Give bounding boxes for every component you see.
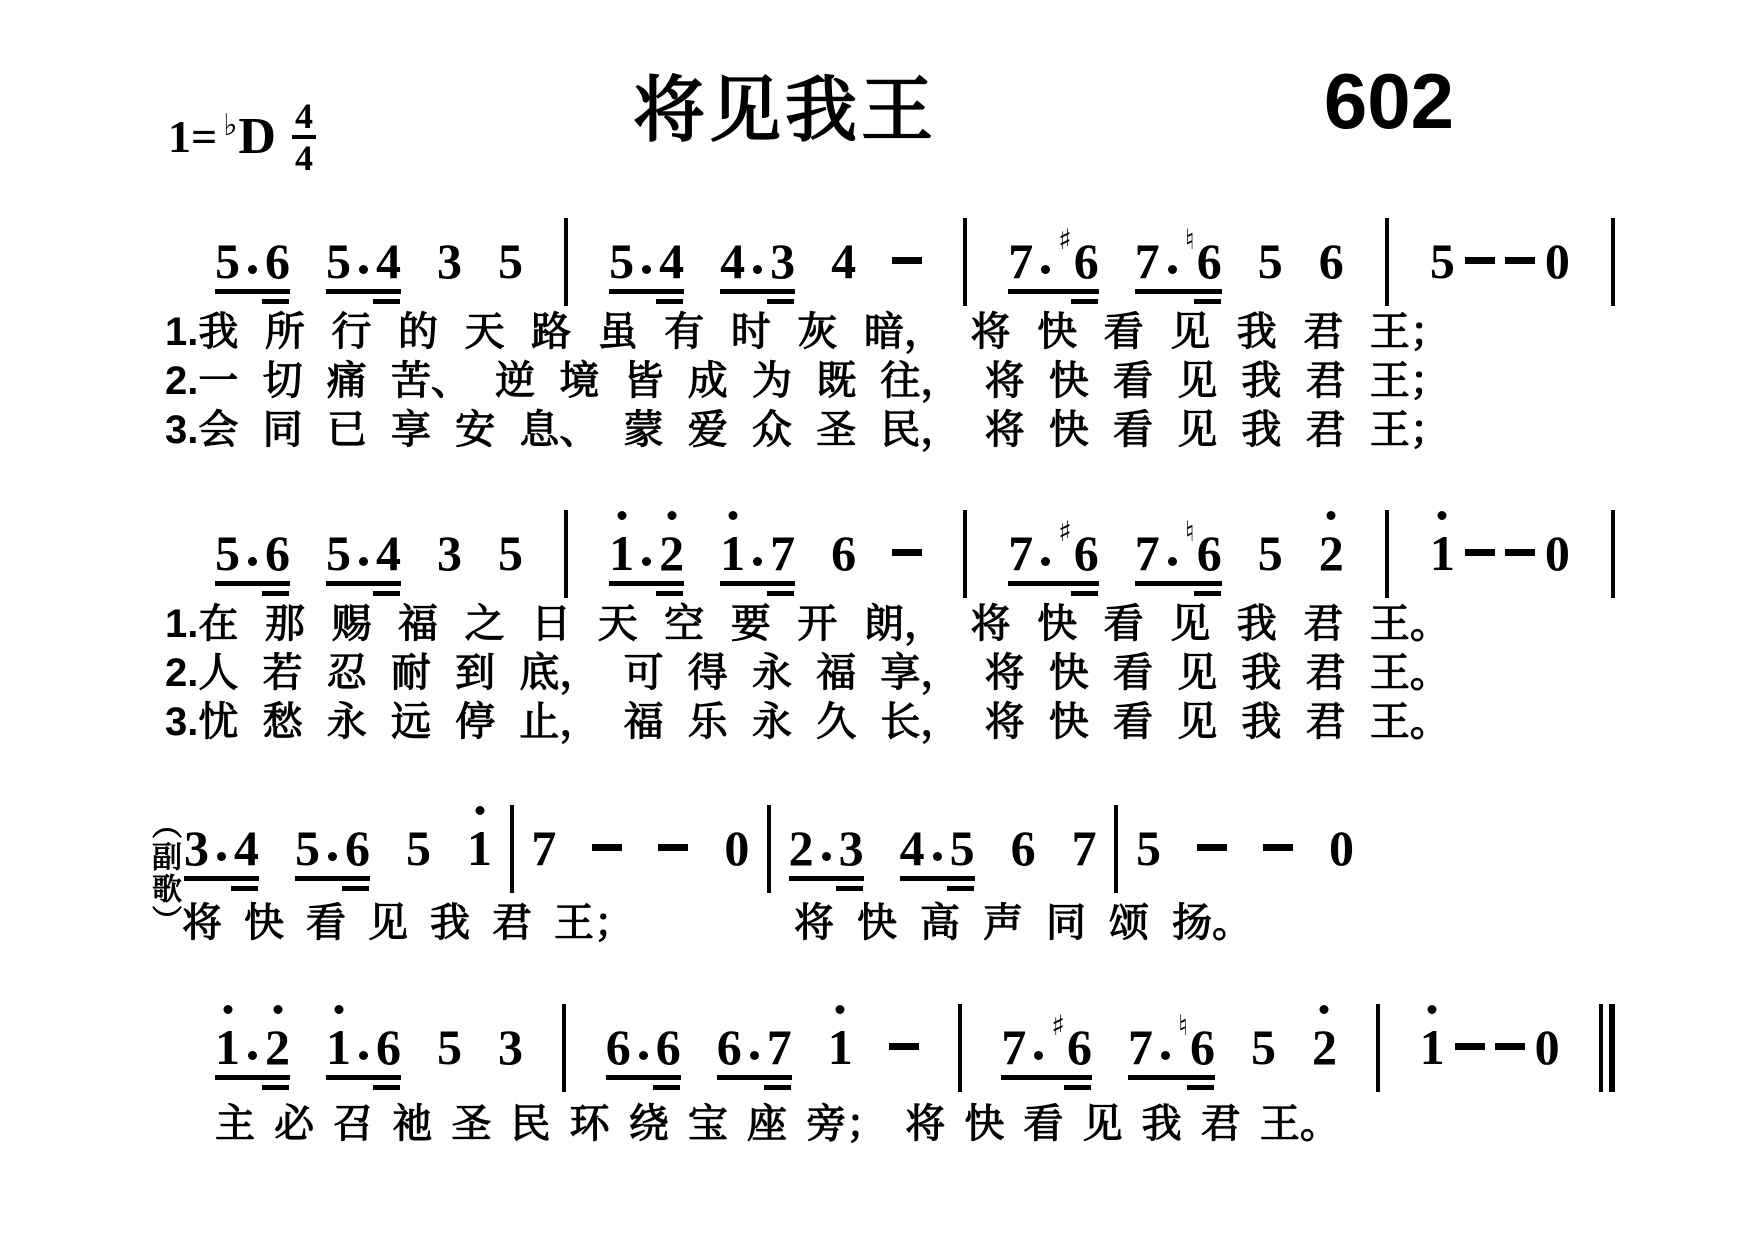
barline [1611, 510, 1615, 598]
lyric-syllable: 王； [1370, 310, 1450, 355]
note-digit: 5 [609, 236, 634, 286]
lyric-syllable: 见 [1170, 602, 1210, 647]
duration-dash [1465, 549, 1495, 556]
note-digit: 5 [215, 528, 240, 578]
note-digit: 5 [1136, 823, 1161, 873]
note-token: 7♯6 [1008, 518, 1099, 598]
lyric-syllable: 召 [333, 1102, 373, 1147]
note-number-high-octave: 1 [720, 528, 745, 578]
lyric-syllable: 天 [465, 310, 505, 355]
lyric-syllable: 看 [1113, 651, 1153, 696]
note-digit: 1 [215, 1022, 240, 1072]
note-digit: 1 [828, 1022, 853, 1072]
barline [564, 510, 568, 598]
note-digit: 6 [345, 823, 370, 873]
note-digit: 5 [326, 236, 351, 286]
chorus-lyrics-phrase-1: 将快看见我君王； [182, 901, 634, 946]
note-digit: 7 [1135, 236, 1160, 286]
eighth-beam [326, 289, 401, 294]
lyric-syllable: 君 [1306, 359, 1346, 404]
lyric-syllable: 所 [265, 310, 305, 355]
note-digit: 1 [1430, 528, 1455, 578]
hymn-sheet-page: { "page": {"background": "#ffffff", "ink… [0, 0, 1754, 1240]
lyric-syllable: 苦、 [391, 359, 471, 404]
sixteenth-beam [767, 591, 794, 596]
music-line: 565435121767♯67♮65210 [215, 486, 1615, 598]
note-token: 5 [1430, 236, 1455, 306]
note-number: 4 [376, 528, 401, 578]
note-digit: 7 [531, 823, 556, 873]
sixteenth-beam [656, 299, 683, 304]
eighth-beam [720, 289, 795, 294]
note-number: 6 [717, 1022, 742, 1072]
lyrics-line: 1.我所行的天路虽有时灰暗，将快看见我君王； [165, 310, 1450, 355]
sixteenth-beam [1064, 1085, 1091, 1090]
lyric-syllable: 见 [1177, 651, 1217, 696]
sixteenth-beam [656, 591, 683, 596]
barline [510, 805, 514, 893]
lyric-syllable: 看 [306, 901, 346, 946]
lyric-syllable: 我 [1241, 408, 1281, 453]
note-token: 1 [1420, 1022, 1445, 1092]
eighth-beam [1128, 1075, 1215, 1080]
note-token: 7♮6 [1135, 518, 1222, 598]
note-digit: 4 [234, 823, 259, 873]
lyric-syllable: 快 [1049, 408, 1089, 453]
measure: 565435 [215, 236, 523, 306]
lyric-syllable: 君 [1306, 651, 1346, 696]
note-digit: 6 [376, 1022, 401, 1072]
note-number: 6 [606, 1022, 631, 1072]
note-number-high-octave: 2 [1312, 1022, 1337, 1072]
lyric-syllable: 有 [664, 310, 704, 355]
lyric-syllable: 到 [455, 651, 495, 696]
duration-dash [1263, 844, 1293, 851]
measure: 50 [1430, 236, 1570, 306]
note-digit: 3 [770, 236, 795, 286]
augmentation-dot [359, 265, 368, 274]
augmentation-dot [642, 265, 651, 274]
eighth-beam [326, 581, 401, 586]
eighth-beam [1001, 1075, 1092, 1080]
lyric-syllable: 将 [971, 310, 1011, 355]
lyric-syllable: 扬。 [1172, 901, 1252, 946]
sixteenth-beam [947, 886, 974, 891]
lyric-syllable: 行 [331, 310, 371, 355]
measure: 7♯67♮652 [1001, 1012, 1337, 1092]
note-digit: 6 [265, 236, 290, 286]
score: 565435544347♯67♮656501.我所行的天路虽有时灰暗，将快看见我… [0, 194, 1754, 1146]
sharp-icon: ♯ [1051, 1012, 1065, 1040]
lyric-syllable: 灰 [797, 310, 837, 355]
note-digit: 2 [1312, 1022, 1337, 1072]
lyric-syllable: 我 [430, 901, 470, 946]
note-digit: ♯6 [1058, 226, 1099, 286]
note-token: 3 [437, 236, 462, 306]
augmentation-dot [642, 557, 651, 566]
measure: 565435 [215, 528, 523, 598]
note-number: 7 [531, 823, 556, 873]
augmentation-dot [248, 265, 257, 274]
note-number-high-octave: 1 [1430, 528, 1455, 578]
note-number: 5 [950, 823, 975, 873]
eighth-beam [215, 289, 290, 294]
music-line: 565435544347♯67♮65650 [215, 194, 1615, 306]
lyric-syllable: 的 [398, 310, 438, 355]
sixteenth-beam [373, 299, 400, 304]
note-token [889, 1043, 919, 1092]
note-token: 45 [900, 823, 975, 893]
lyric-syllable: 旁； [806, 1102, 886, 1147]
note-token [892, 549, 922, 598]
note-digit: 7 [1001, 1022, 1026, 1072]
lyric-syllable: 得 [688, 651, 728, 696]
lyric-syllable: 同 [263, 408, 303, 453]
note-token: 0 [1535, 1022, 1560, 1092]
note-token: 2 [1319, 528, 1344, 598]
lyrics-line: 2.人若忍耐到底，可得永福享，将快看见我君王。 [165, 651, 1450, 696]
note-token: 67 [717, 1022, 792, 1092]
lyric-syllable: 将 [985, 651, 1025, 696]
note-token: 12 [609, 528, 684, 598]
note-digit: ♯6 [1051, 1012, 1092, 1072]
barline [1611, 218, 1615, 306]
lyric-syllable: 若 [263, 651, 303, 696]
lyric-syllable: 将 [985, 700, 1025, 745]
note-digit: 3 [498, 1022, 523, 1072]
measure: 12176 [609, 528, 922, 598]
note-digit: ♮6 [1185, 518, 1222, 578]
note-token: 3 [498, 1022, 523, 1092]
measure: 50 [1136, 823, 1354, 893]
lyric-syllable: 我 [1241, 651, 1281, 696]
note-number: 6 [1074, 528, 1099, 578]
note-token: 5 [1258, 528, 1283, 598]
note-number: 6 [1197, 528, 1222, 578]
eighth-beam [609, 581, 684, 586]
note-number: 6 [656, 1022, 681, 1072]
duration-dash [1455, 1043, 1485, 1050]
note-number: 6 [345, 823, 370, 873]
lyric-syllable: 停 [455, 700, 495, 745]
note-number: 6 [1011, 823, 1036, 873]
lyric-syllable: 成 [688, 359, 728, 404]
verse-block: 565435544347♯67♮656501.我所行的天路虽有时灰暗，将快看见我… [0, 194, 1754, 452]
augmentation-dot [248, 1051, 257, 1060]
duration-dash [658, 844, 688, 851]
note-token: 16 [326, 1022, 401, 1092]
barline [958, 1004, 962, 1092]
lyric-syllable: 之 [465, 602, 505, 647]
lyric-syllable: 君 [1306, 408, 1346, 453]
augmentation-dot [359, 557, 368, 566]
note-number: 6 [831, 528, 856, 578]
note-digit: 2 [265, 1022, 290, 1072]
lyric-syllable: 高 [920, 901, 960, 946]
note-number: 2 [789, 823, 814, 873]
note-number: 6 [265, 528, 290, 578]
note-number-high-octave: 1 [1420, 1022, 1445, 1072]
note-digit: 0 [1329, 823, 1354, 873]
note-digit: 0 [724, 823, 749, 873]
sixteenth-beam [653, 1085, 680, 1090]
note-number: 5 [215, 236, 240, 286]
note-digit: 7 [1008, 528, 1033, 578]
augmentation-dot [639, 1051, 648, 1060]
lyric-syllable: 将 [182, 901, 222, 946]
note-digit: 7 [1128, 1022, 1153, 1072]
barline [963, 510, 967, 598]
note-token: 17 [720, 528, 795, 598]
duration-dash [892, 257, 922, 264]
chorus-body: 3456517023456750将快看见我君王；将快高声同颂扬。 [182, 781, 1354, 946]
lyric-syllable: 座 [747, 1102, 787, 1147]
note-token: 7♯6 [1008, 226, 1099, 306]
lyric-syllable: 快 [1049, 700, 1089, 745]
lyric-syllable: 王； [554, 901, 634, 946]
verse-block: 565435121767♯67♮652101.在那赐福之日天空要开朗，将快看见我… [0, 486, 1754, 744]
lyric-syllable: 我 [1241, 700, 1281, 745]
note-digit: 4 [376, 528, 401, 578]
lyric-syllable: 王。 [1370, 700, 1450, 745]
eighth-beam [717, 1075, 792, 1080]
note-digit: 5 [215, 236, 240, 286]
note-number-high-octave: 2 [265, 1022, 290, 1072]
lyric-syllable: 天 [598, 602, 638, 647]
note-token: 6 [831, 528, 856, 598]
note-digit: 6 [606, 1022, 631, 1072]
note-digit: 1 [467, 823, 492, 873]
barline [1385, 218, 1389, 306]
lyric-syllable: 安 [455, 408, 495, 453]
note-token: 66 [606, 1022, 681, 1092]
sixteenth-beam [262, 299, 289, 304]
note-number: 5 [326, 236, 351, 286]
note-token: 56 [215, 528, 290, 598]
lyric-syllable: 我 [1241, 359, 1281, 404]
note-token: 6 [1319, 236, 1344, 306]
note-digit: 5 [295, 823, 320, 873]
note-number: 4 [900, 823, 925, 873]
note-digit: 2 [789, 823, 814, 873]
note-digit: 6 [656, 1022, 681, 1072]
music-line: 3456517023456750 [184, 781, 1354, 893]
note-token: 34 [184, 823, 259, 893]
chorus-block: （副歌）3456517023456750将快看见我君王；将快高声同颂扬。 [148, 781, 1754, 946]
lyric-syllable: 长， [880, 700, 960, 745]
lyric-syllable: 爱 [688, 408, 728, 453]
note-number: 6 [1197, 236, 1222, 286]
lyric-syllable: 永 [327, 700, 367, 745]
lyric-syllable: 见 [1177, 359, 1217, 404]
lyric-syllable: 将 [985, 359, 1025, 404]
note-number: 4 [376, 236, 401, 286]
note-digit: 7 [1008, 236, 1033, 286]
note-number: 0 [724, 823, 749, 873]
eighth-beam [184, 876, 259, 881]
lyric-syllable: 快 [1037, 602, 1077, 647]
note-digit: 4 [831, 236, 856, 286]
note-digit: ♮6 [1185, 226, 1222, 286]
lyric-syllable: 王； [1370, 408, 1450, 453]
eighth-beam [215, 1075, 290, 1080]
note-number-high-octave: 1 [467, 823, 492, 873]
lyric-syllable: 我 [1237, 602, 1277, 647]
measure: 234567 [789, 823, 1097, 893]
lyric-syllable: 路 [531, 310, 571, 355]
note-number: 7 [1072, 823, 1097, 873]
lyric-syllable: 享 [391, 408, 431, 453]
sixteenth-beam [373, 1085, 400, 1090]
duration-dash [1495, 1043, 1525, 1050]
note-number: 7 [1008, 236, 1033, 286]
lyric-syllable: 远 [391, 700, 431, 745]
note-token: 7♮6 [1128, 1012, 1215, 1092]
note-token: 7♮6 [1135, 226, 1222, 306]
note-number: 7 [767, 1022, 792, 1072]
augmentation-dot [753, 265, 762, 274]
eighth-beam [215, 581, 290, 586]
lyric-syllable: 日 [531, 602, 571, 647]
note-digit: 6 [1011, 823, 1036, 873]
note-token [1495, 1043, 1525, 1092]
measure: 345651 [184, 823, 492, 893]
note-digit: 6 [1319, 236, 1344, 286]
note-token: 7 [531, 823, 556, 893]
note-digit: 4 [900, 823, 925, 873]
lyric-syllable: 君 [492, 901, 532, 946]
eighth-beam [609, 289, 684, 294]
measure: 10 [1420, 1022, 1560, 1092]
eighth-beam [326, 1075, 401, 1080]
augmentation-dot [359, 1051, 368, 1060]
lyric-syllable: 看 [1113, 359, 1153, 404]
lyric-syllable: 享， [880, 651, 960, 696]
measure: 7♯67♮656 [1008, 226, 1344, 306]
note-number: 5 [1136, 823, 1161, 873]
augmentation-dot [1168, 557, 1177, 566]
lyric-syllable: 我 [1142, 1102, 1182, 1147]
note-digit: 6 [265, 528, 290, 578]
note-digit: 7 [1135, 528, 1160, 578]
lyric-syllable: 将 [985, 408, 1025, 453]
note-digit: 5 [1430, 236, 1455, 286]
lyric-syllable: 众 [752, 408, 792, 453]
lyric-syllable: 往， [880, 359, 960, 404]
note-token: 12 [215, 1022, 290, 1092]
note-digit: 4 [659, 236, 684, 286]
note-token: 56 [295, 823, 370, 893]
barline [562, 1004, 566, 1092]
note-digit: ♮6 [1178, 1012, 1215, 1072]
note-digit: 6 [717, 1022, 742, 1072]
note-number: 6 [265, 236, 290, 286]
note-digit: 6 [831, 528, 856, 578]
lyric-syllable: 快 [1049, 359, 1089, 404]
augmentation-dot [1168, 265, 1177, 274]
lyric-syllable: 将 [905, 1102, 945, 1147]
lyric-syllable: 痛 [327, 359, 367, 404]
note-digit: 7 [770, 528, 795, 578]
note-number: 7 [1008, 528, 1033, 578]
note-digit: 5 [950, 823, 975, 873]
duration-dash [892, 549, 922, 556]
note-token: 54 [609, 236, 684, 306]
lyric-syllable: 快 [857, 901, 897, 946]
lyric-syllable: 永 [752, 651, 792, 696]
lyrics-line: 3.忧愁永远停止，福乐永久长，将快看见我君王。 [165, 700, 1450, 745]
lyric-syllable: 看 [1104, 310, 1144, 355]
note-token [1505, 549, 1535, 598]
barline [564, 218, 568, 306]
lyric-syllable: 乐 [688, 700, 728, 745]
note-number: 0 [1329, 823, 1354, 873]
note-number: 5 [498, 236, 523, 286]
note-token [658, 844, 688, 893]
lyric-syllable: 空 [664, 602, 704, 647]
lyric-syllable: 息、 [519, 408, 599, 453]
lyric-syllable: 福 [624, 700, 664, 745]
eighth-beam [295, 876, 370, 881]
lyric-syllable: 可 [624, 651, 664, 696]
final-lyrics-line: 主必召祂圣民环绕宝座旁；将快看见我君王。 [215, 1102, 1340, 1147]
note-token: 5 [406, 823, 431, 893]
lyric-syllable: 将 [971, 602, 1011, 647]
lyric-syllable: 逆 [495, 359, 535, 404]
barline [1599, 1004, 1603, 1092]
note-number: 7 [1135, 528, 1160, 578]
note-number-high-octave: 1 [326, 1022, 351, 1072]
lyric-syllable: 既 [816, 359, 856, 404]
note-number-high-octave: 2 [659, 528, 684, 578]
lyric-syllable: 时 [731, 310, 771, 355]
note-digit: 3 [839, 823, 864, 873]
chorus-lyrics: 将快看见我君王；将快高声同颂扬。 [182, 897, 1252, 946]
note-number: 5 [1430, 236, 1455, 286]
augmentation-dot [1041, 557, 1050, 566]
eighth-beam [606, 1075, 681, 1080]
note-number-high-octave: 2 [1319, 528, 1344, 578]
note-number: 5 [1258, 528, 1283, 578]
eighth-beam [789, 876, 864, 881]
lyric-syllable: 同 [1046, 901, 1086, 946]
note-token: 5 [1258, 236, 1283, 306]
lyric-syllable: 止， [519, 700, 599, 745]
note-number-high-octave: 1 [609, 528, 634, 578]
sixteenth-beam [373, 591, 400, 596]
eighth-beam [720, 581, 795, 586]
note-token: 0 [1545, 236, 1570, 306]
note-digit: 0 [1535, 1022, 1560, 1072]
sixteenth-beam [231, 886, 258, 891]
augmentation-dot [1034, 1051, 1043, 1060]
natural-icon: ♮ [1185, 518, 1195, 546]
sixteenth-beam [1071, 591, 1098, 596]
note-number: 5 [215, 528, 240, 578]
lyric-syllable: 愁 [263, 700, 303, 745]
note-digit: 5 [1251, 1022, 1276, 1072]
barline [767, 805, 771, 893]
measure: 54434 [609, 236, 922, 306]
lyric-syllable: 圣 [451, 1102, 491, 1147]
duration-dash [1465, 257, 1495, 264]
natural-icon: ♮ [1178, 1012, 1188, 1040]
note-token: 7♯6 [1001, 1012, 1092, 1092]
note-token: 5 [498, 528, 523, 598]
lyric-syllable: 见 [368, 901, 408, 946]
note-token: 54 [326, 236, 401, 306]
chorus-label: （副歌） [148, 809, 178, 937]
